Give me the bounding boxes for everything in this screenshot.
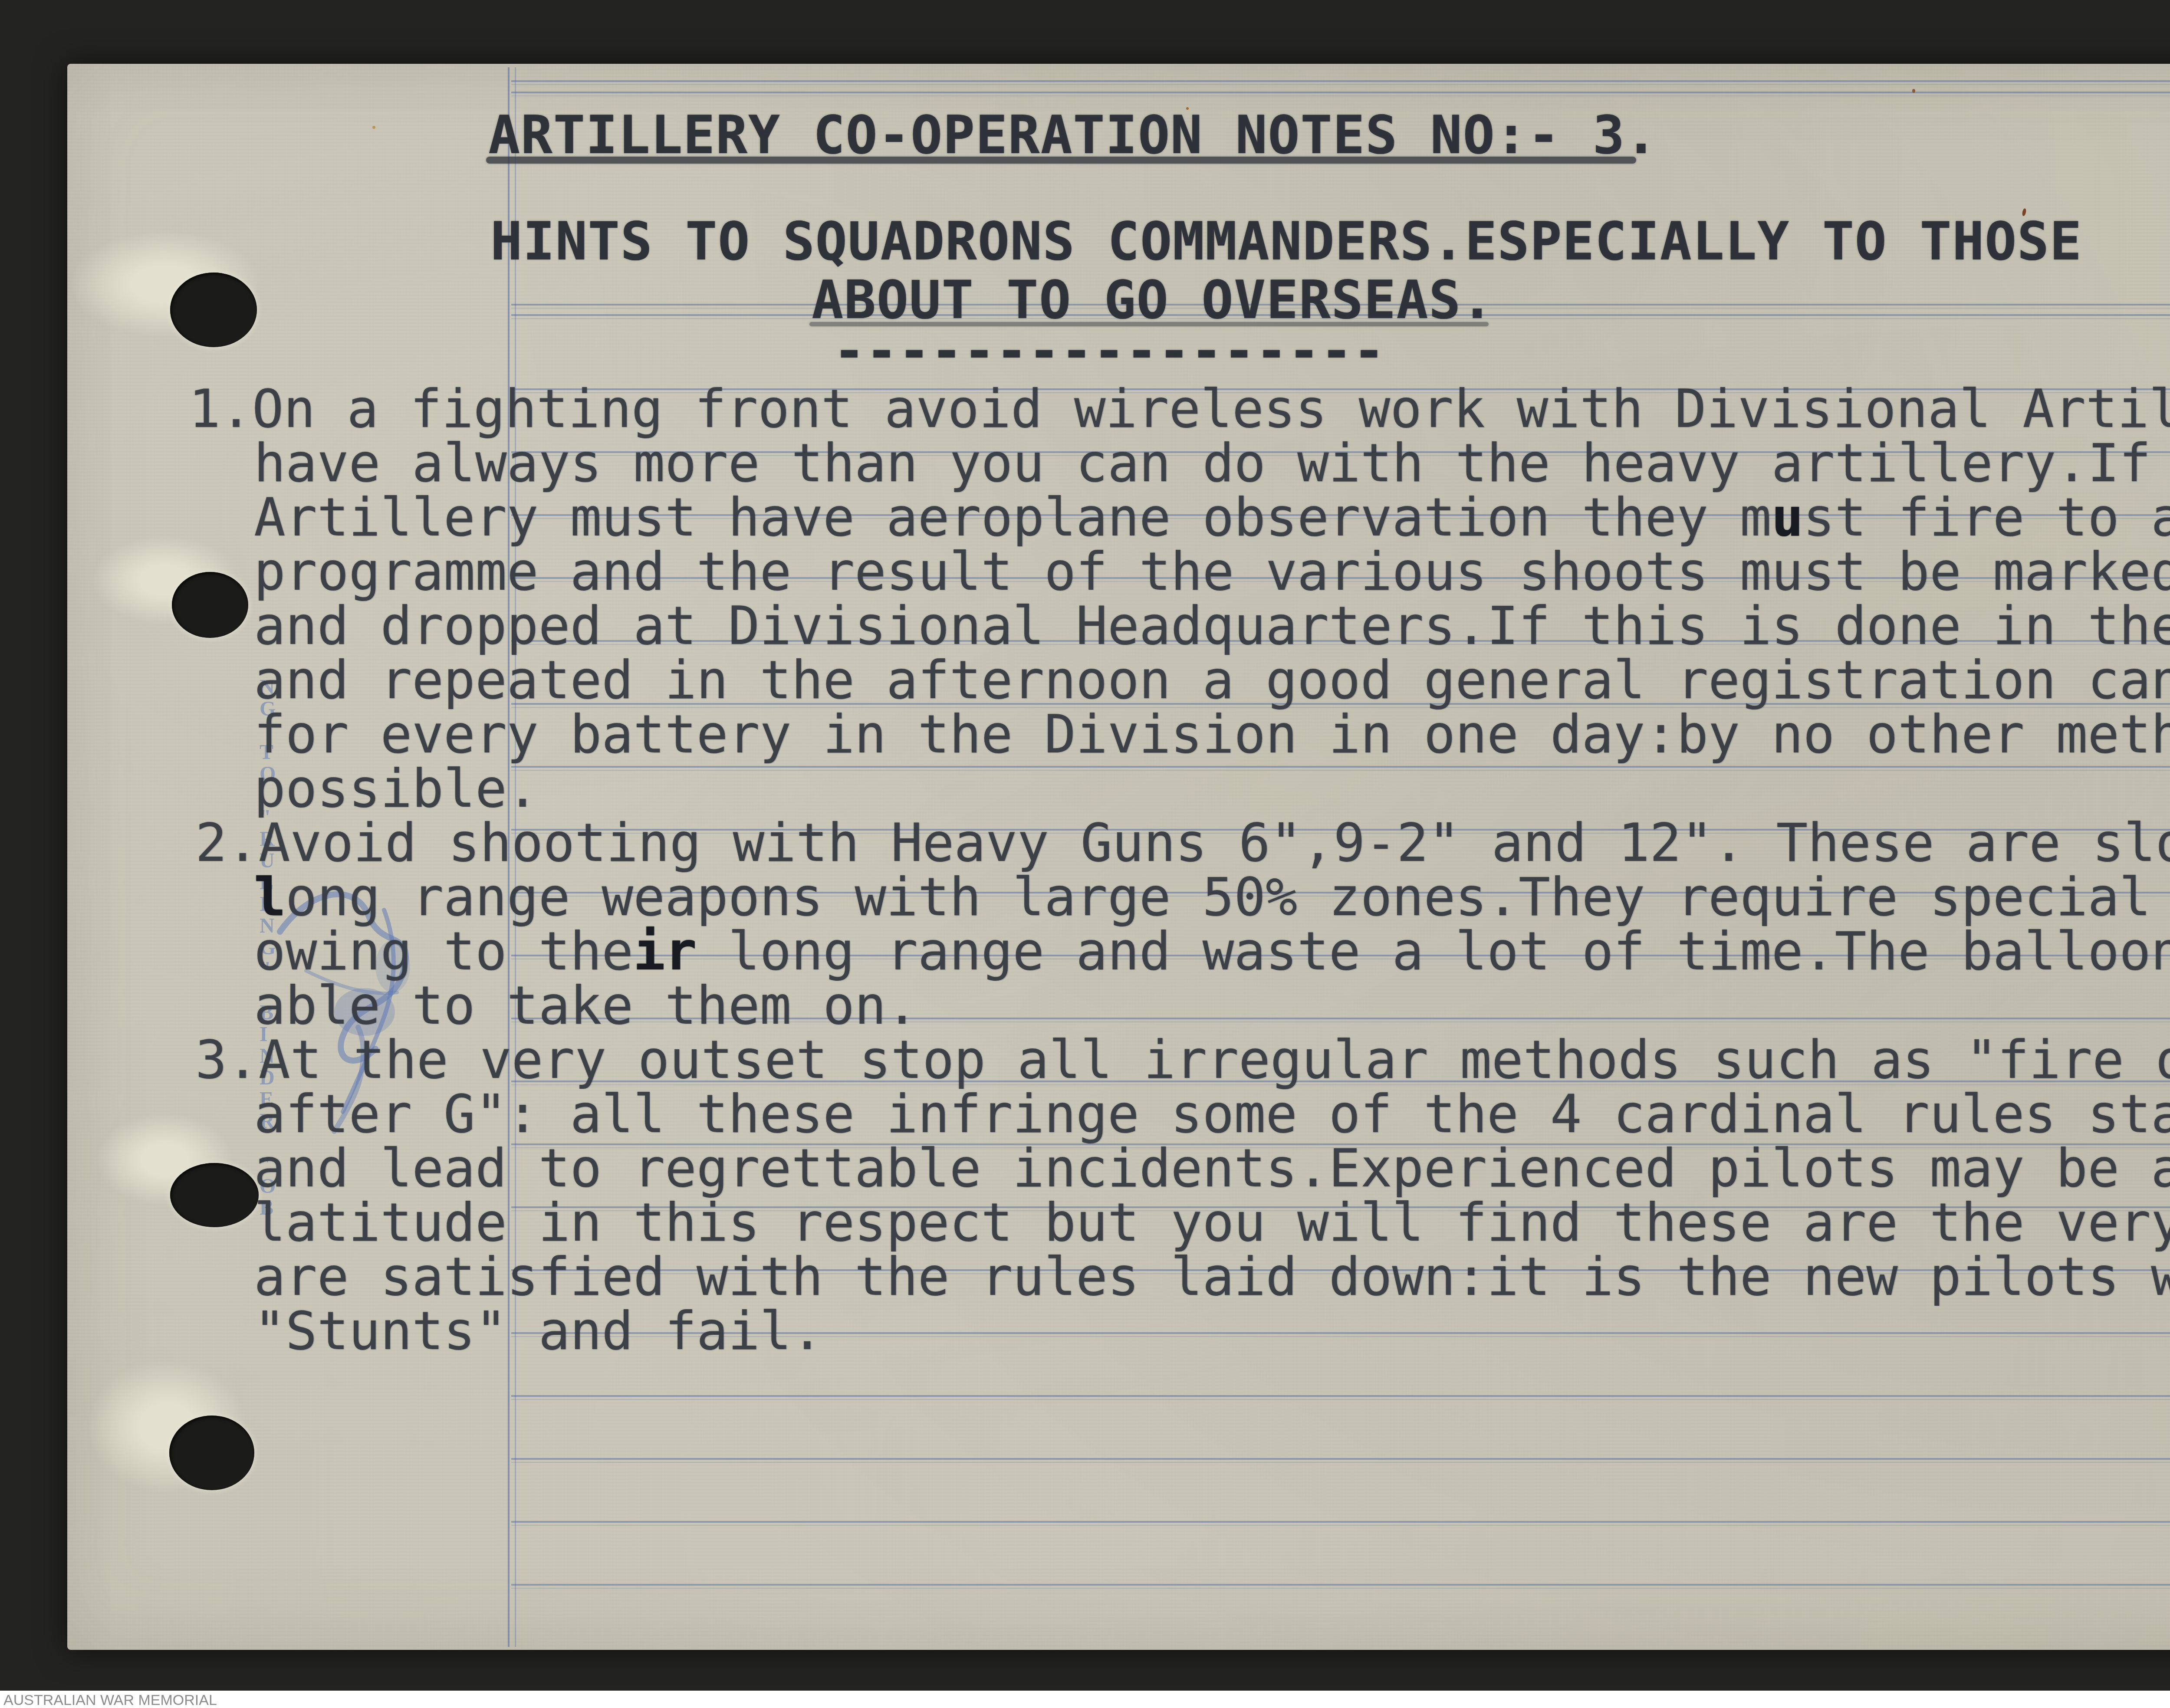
typed-line-2: have always more than you can do with th… (254, 436, 2170, 490)
punch-hole-1 (170, 273, 257, 347)
typed-line-6: and repeated in the afternoon a good gen… (254, 653, 2170, 707)
paper-speck (1186, 107, 1189, 110)
typed-line-18: "Stunts" and fail. (254, 1304, 823, 1358)
paper-speck (372, 126, 375, 129)
document-title: ARTILLERY CO-OPERATION NOTES NO:- 3. (488, 108, 1658, 162)
typed-line-9: 2.Avoid shooting with Heavy Guns 6",9-2"… (195, 816, 2170, 870)
footer-bar: AUSTRALIAN WAR MEMORIAL AWM2019.22.242 (0, 1691, 2170, 1708)
typed-line-16: latitude in this respect but you will fi… (254, 1196, 2170, 1250)
document-subtitle-line1: HINTS TO SQUADRONS COMMANDERS.ESPECIALLY… (490, 214, 2082, 269)
typed-line-13: 3.At the very outset stop all irregular … (195, 1033, 2170, 1087)
typed-separator: ----------------- (833, 324, 1385, 378)
typed-line-11: owing to their long range and waste a lo… (254, 924, 2170, 979)
ruled-line-echo (511, 1462, 2170, 1463)
punch-hole-4 (169, 1416, 254, 1490)
typed-line-4: programme and the result of the various … (254, 545, 2170, 599)
ruled-line (511, 1521, 2170, 1523)
typed-line-8: possible. (254, 762, 539, 816)
typed-line-15: and lead to regrettable incidents.Experi… (254, 1141, 2170, 1196)
ruled-line-echo (511, 1399, 2170, 1400)
typed-line-14: after G": all these infringe some of the… (254, 1087, 2170, 1141)
typed-line-17: are satisfied with the rules laid down:i… (254, 1250, 2170, 1304)
archive-name: AUSTRALIAN WAR MEMORIAL (3, 1692, 217, 1708)
document-subtitle-line2: ABOUT TO GO OVERSEAS. (812, 273, 1494, 327)
ruled-line (511, 766, 2170, 768)
ruled-line (511, 80, 2170, 82)
ruled-line-echo (511, 1588, 2170, 1589)
punch-hole-3 (170, 1163, 259, 1227)
ruled-line-echo (511, 95, 2170, 96)
ruled-line-echo (511, 84, 2170, 85)
title-underline (486, 157, 1636, 164)
ruled-line (511, 1458, 2170, 1460)
typed-line-1: 1.On a fighting front avoid wireless wor… (189, 382, 2170, 436)
ruled-line (511, 1395, 2170, 1397)
typed-line-3: Artillery must have aeroplane observatio… (254, 490, 2170, 545)
ruled-line-echo (511, 1525, 2170, 1526)
typed-line-12: able to take them on. (254, 979, 918, 1033)
typed-line-5: and dropped at Divisional Headquarters.I… (254, 599, 2170, 653)
photo-backdrop: NGTO"RULING"BINDER"OB ARTILLERY CO-OPERA… (0, 0, 2170, 1708)
document-paper: NGTO"RULING"BINDER"OB ARTILLERY CO-OPERA… (67, 64, 2170, 1650)
typed-line-7: for every battery in the Division in one… (254, 707, 2170, 762)
ruled-line-echo (511, 770, 2170, 771)
paper-speck (1912, 89, 1915, 93)
ruled-line (511, 92, 2170, 93)
ruled-line (511, 1584, 2170, 1586)
typed-line-10: long range weapons with large 50% zones.… (254, 870, 2170, 924)
punch-hole-2 (172, 572, 248, 638)
